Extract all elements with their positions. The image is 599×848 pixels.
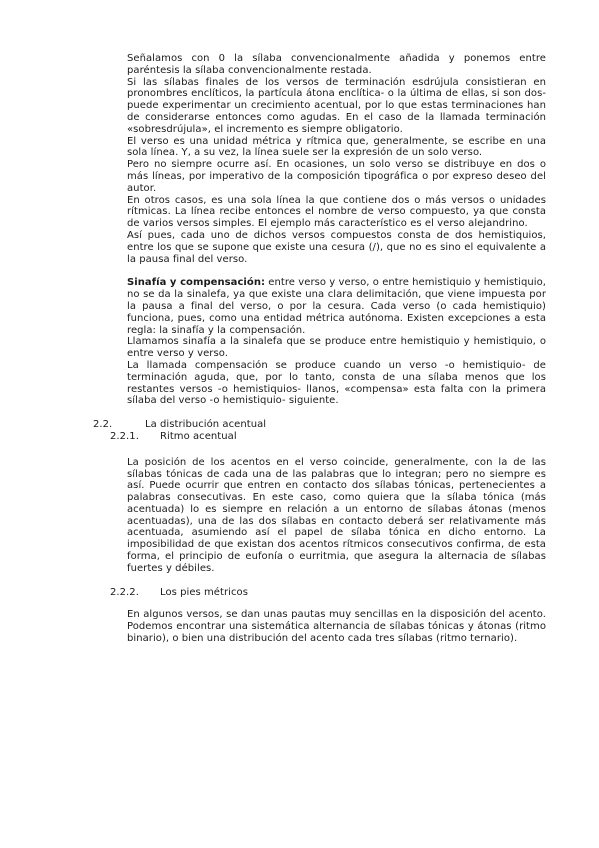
paragraph-llamamos-sinafia: Llamamos sinafía a la sinalefa que se pr…: [127, 336, 546, 360]
paragraph-hemistiquios-cesura: Así pues, cada uno de dichos versos comp…: [127, 230, 546, 265]
paragraph-verso-compuesto: En otros casos, es una sola línea la que…: [127, 195, 546, 230]
section-number: 2.2.1.: [110, 431, 160, 443]
paragraph-sinafia-compensacion: Sinafía y compensación: entre verso y ve…: [127, 277, 546, 336]
paragraph-compensacion: La llamada compensación se produce cuand…: [127, 360, 546, 407]
paragraph-verso-en-varias-lineas: Pero no siempre ocurre así. En ocasiones…: [127, 159, 546, 194]
paragraph-ritmo-acentual: La posición de los acentos en el verso c…: [127, 457, 546, 575]
section-title: Ritmo acentual: [160, 431, 237, 443]
section-number: 2.2.: [93, 419, 145, 431]
paragraph-verso-unidad-metrica: El verso es una unidad métrica y rítmica…: [127, 136, 546, 160]
document-content: Señalamos con 0 la sílaba convencionalme…: [93, 53, 546, 645]
section-heading-2-2: 2.2. La distribución acentual: [93, 419, 546, 431]
paragraph-terminacion-esdrujula: Si las sílabas finales de los versos de …: [127, 77, 546, 136]
section-title: La distribución acentual: [145, 419, 266, 431]
bold-lead-sinafia: Sinafía y compensación:: [127, 277, 265, 288]
section-heading-2-2-2: 2.2.2. Los pies métricos: [110, 587, 546, 599]
document-page: Señalamos con 0 la sílaba convencionalme…: [0, 0, 599, 848]
paragraph-pies-metricos: En algunos versos, se dan unas pautas mu…: [127, 609, 546, 644]
section-heading-2-2-1: 2.2.1. Ritmo acentual: [110, 431, 546, 443]
section-title: Los pies métricos: [160, 587, 248, 599]
section-number: 2.2.2.: [110, 587, 160, 599]
paragraph-silaba-convencional: Señalamos con 0 la sílaba convencionalme…: [127, 53, 546, 77]
